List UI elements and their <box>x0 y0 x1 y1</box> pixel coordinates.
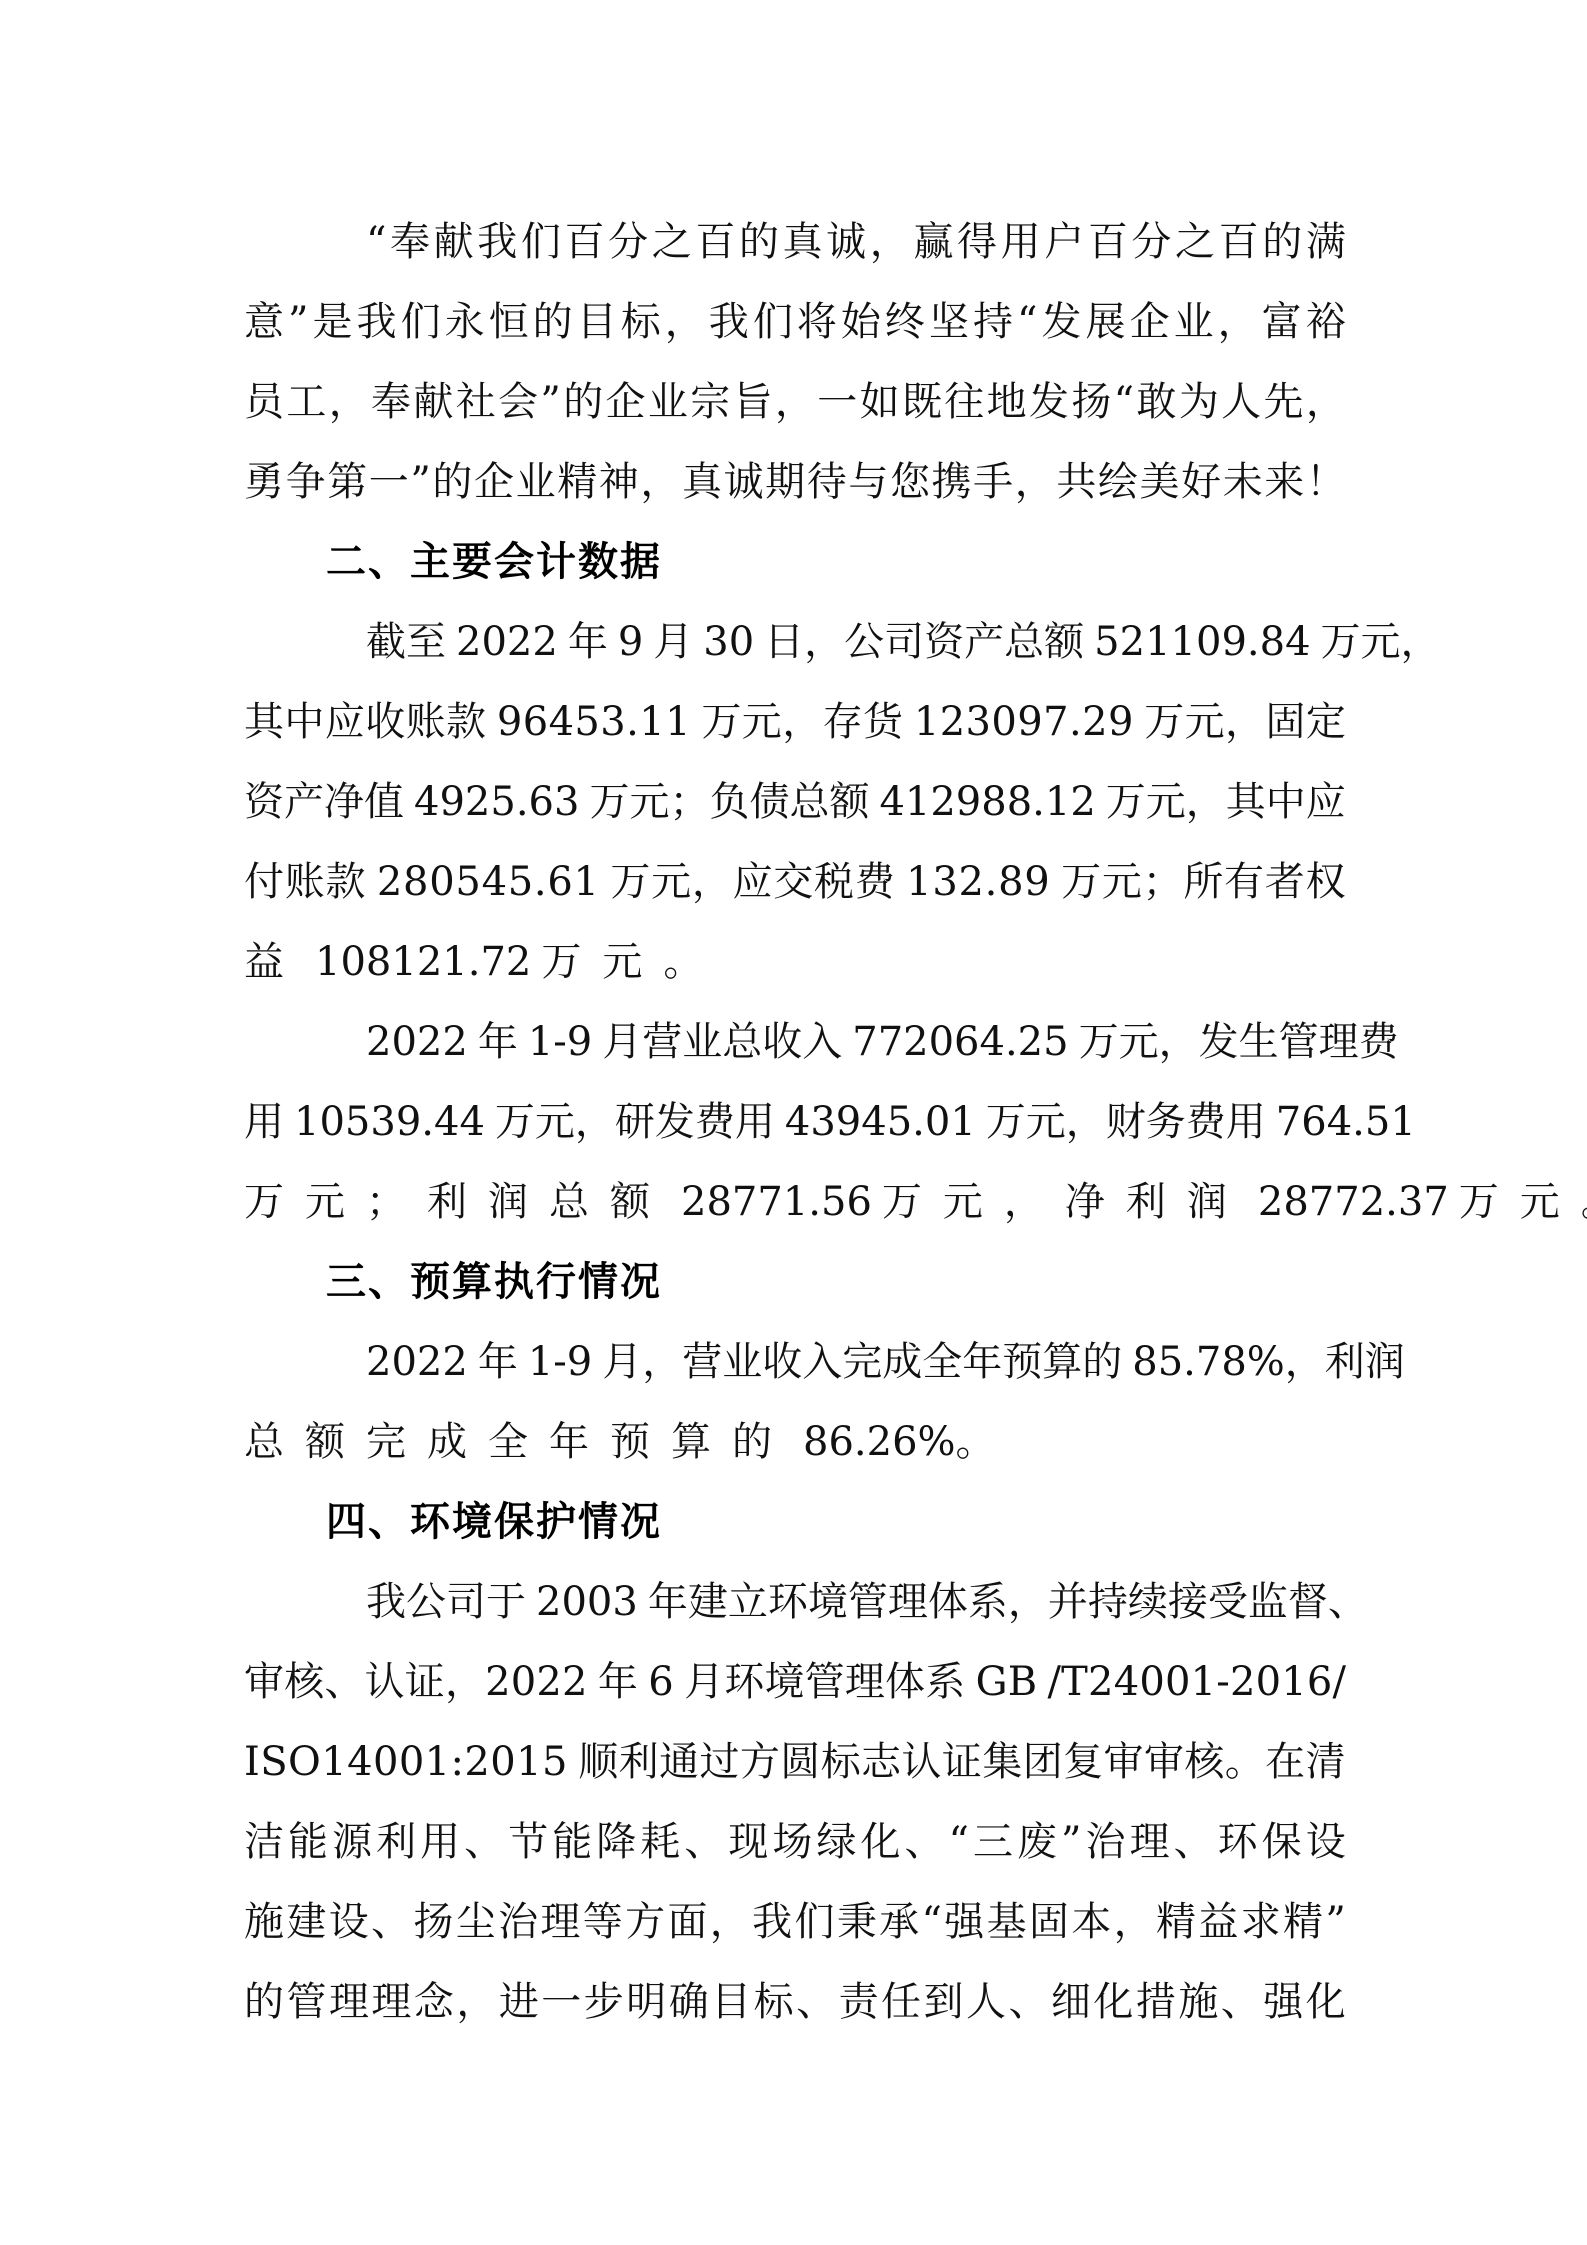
section-heading-budget-execution: 三、预算执行情况 <box>244 1242 1346 1322</box>
paragraph-income-statement: 2022 年 1-9 月营业总收入 772064.25 万元，发生管理费 用 1… <box>244 1002 1346 1242</box>
paragraph-budget: 2022 年 1-9 月，营业收入完成全年预算的 85.78%，利润 总额完成全… <box>244 1322 1346 1482</box>
text-line: 2022 年 1-9 月，营业收入完成全年预算的 85.78%，利润 <box>244 1322 1346 1402</box>
text-line: 其中应收账款 96453.11 万元，存货 123097.29 万元，固定 <box>244 682 1346 762</box>
text-line: 意”是我们永恒的目标，我们将始终坚持“发展企业，富裕 <box>244 282 1346 362</box>
text-line: 资产净值 4925.63 万元；负债总额 412988.12 万元，其中应 <box>244 762 1346 842</box>
text-line: 总额完成全年预算的 86.26%。 <box>244 1402 1346 1482</box>
text-line: 用 10539.44 万元，研发费用 43945.01 万元，财务费用 764.… <box>244 1082 1346 1162</box>
text-line: 万元；利润总额 28771.56 万元，净利润 28772.37 万元。 <box>244 1162 1346 1242</box>
paragraph-environment: 我公司于 2003 年建立环境管理体系，并持续接受监督、 审核、认证，2022 … <box>244 1562 1346 2042</box>
text-line: 员工，奉献社会”的企业宗旨，一如既往地发扬“敢为人先， <box>244 362 1346 442</box>
text-line: 的管理理念，进一步明确目标、责任到人、细化措施、强化 <box>244 1962 1346 2042</box>
text-line: 审核、认证，2022 年 6 月环境管理体系 GB /T24001-2016/ <box>244 1642 1346 1722</box>
text-line: ISO14001:2015 顺利通过方圆标志认证集团复审审核。在清 <box>244 1722 1346 1802</box>
text-line: 益 108121.72 万元。 <box>244 922 1346 1002</box>
text-line: 施建设、扬尘治理等方面，我们秉承“强基固本，精益求精” <box>244 1882 1346 1962</box>
text-line: 付账款 280545.61 万元，应交税费 132.89 万元；所有者权 <box>244 842 1346 922</box>
text-line: 2022 年 1-9 月营业总收入 772064.25 万元，发生管理费 <box>244 1002 1346 1082</box>
section-heading-accounting-data: 二、主要会计数据 <box>244 522 1346 602</box>
section-heading-environmental-protection: 四、环境保护情况 <box>244 1482 1346 1562</box>
paragraph-balance-sheet: 截至 2022 年 9 月 30 日，公司资产总额 521109.84 万元， … <box>244 602 1346 1002</box>
text-line: 我公司于 2003 年建立环境管理体系，并持续接受监督、 <box>244 1562 1346 1642</box>
text-line: 洁能源利用、节能降耗、现场绿化、“三废”治理、环保设 <box>244 1802 1346 1882</box>
text-line: “奉献我们百分之百的真诚，赢得用户百分之百的满 <box>244 202 1346 282</box>
document-page: “奉献我们百分之百的真诚，赢得用户百分之百的满 意”是我们永恒的目标，我们将始终… <box>0 0 1587 2245</box>
text-line: 截至 2022 年 9 月 30 日，公司资产总额 521109.84 万元， <box>244 602 1346 682</box>
document-body: “奉献我们百分之百的真诚，赢得用户百分之百的满 意”是我们永恒的目标，我们将始终… <box>244 202 1346 2042</box>
text-line: 勇争第一”的企业精神，真诚期待与您携手，共绘美好未来！ <box>244 442 1346 522</box>
paragraph-company-motto: “奉献我们百分之百的真诚，赢得用户百分之百的满 意”是我们永恒的目标，我们将始终… <box>244 202 1346 522</box>
